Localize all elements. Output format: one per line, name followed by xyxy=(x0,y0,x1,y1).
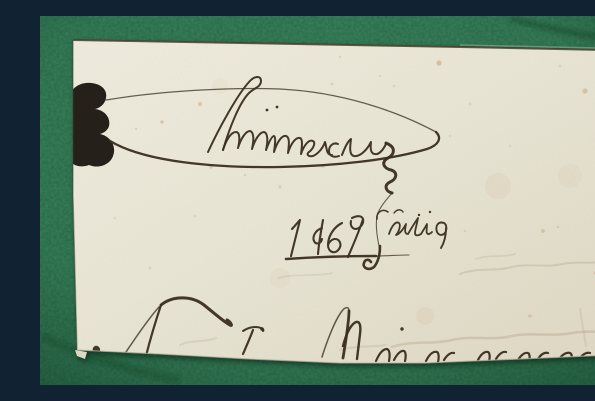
paper-grain-texture xyxy=(60,30,595,375)
foxing-spot xyxy=(194,215,197,218)
stain xyxy=(558,164,582,188)
foxing-spot xyxy=(244,174,246,176)
foxing-spot xyxy=(135,128,137,130)
foxing-spot xyxy=(528,314,532,318)
scene-canvas xyxy=(40,16,595,385)
foxing-spot xyxy=(160,120,163,123)
foxing-spot xyxy=(331,83,334,86)
ink-dot xyxy=(400,327,403,330)
foxing-spot xyxy=(339,56,341,58)
stain xyxy=(416,307,434,325)
foxing-spot xyxy=(379,75,381,77)
foxing-spot xyxy=(279,186,282,189)
foxing-spot xyxy=(469,103,472,106)
foxing-spot xyxy=(582,88,587,93)
stain xyxy=(212,78,228,94)
foxing-spot xyxy=(449,135,452,138)
i-dot xyxy=(276,106,279,109)
foxing-spot xyxy=(559,65,562,68)
manuscript-photograph: Photograph of an aged cream paper fragme… xyxy=(40,16,595,385)
letter-T-serif xyxy=(260,327,264,331)
foxing-spot xyxy=(464,230,467,233)
foxing-spot xyxy=(114,217,117,220)
foxing-spot xyxy=(436,60,441,65)
foxing-spot xyxy=(509,145,512,148)
i-dot xyxy=(429,211,431,213)
paper-fragment xyxy=(60,30,595,375)
foxing-spot xyxy=(198,102,202,106)
foxing-spot xyxy=(148,266,151,269)
foxing-spot xyxy=(393,85,396,88)
i-dot xyxy=(266,109,269,112)
i-dot xyxy=(418,214,420,216)
foxing-spot xyxy=(557,226,560,229)
stain xyxy=(485,173,511,199)
foxing-spot xyxy=(541,229,545,233)
